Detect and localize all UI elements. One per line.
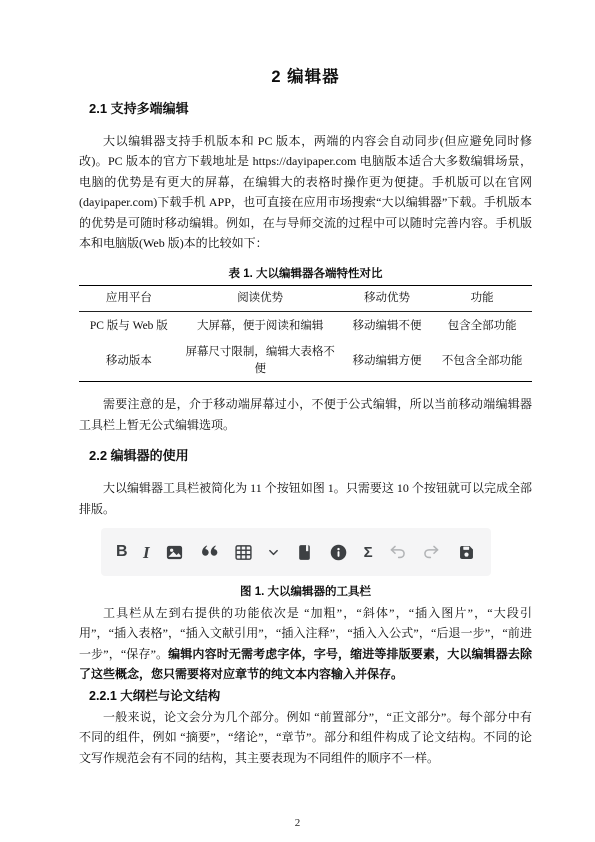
section-heading-2-2-1: 2.2.1 大纲栏与论文结构 (89, 687, 532, 705)
comparison-table: 应用平台 阅读优势 移动优势 功能 PC 版与 Web 版 大屏幕，便于阅读和编… (79, 285, 532, 382)
table-caption: 表 1. 大以编辑器各端特性对比 (79, 266, 532, 282)
citation-book-icon (295, 540, 314, 564)
table-row-mobile: 移动版本 屏幕尺寸限制，编辑大表格不便 移动编辑方便 不包含全部功能 (79, 341, 532, 382)
table-cell: 移动编辑不便 (342, 312, 433, 342)
toolbar-description-paragraph: 工具栏从左到右提供的功能依次是 “加粗”，“斜体”，“插入图片”，“大段引用”，… (79, 603, 532, 685)
save-icon (457, 540, 476, 564)
table-cell: 不包含全部功能 (432, 341, 532, 382)
sigma-icon: Σ (364, 540, 373, 564)
table-cell: 移动版本 (79, 341, 179, 382)
intro-paragraph-2-1: 大以编辑器支持手机版本和 PC 版本，两端的内容会自动同步(但应避免同时修改)。… (79, 131, 532, 253)
page-title: 2 编辑器 (79, 66, 532, 88)
table-cell: 包含全部功能 (432, 312, 532, 342)
figure-caption: 图 1. 大以编辑器的工具栏 (79, 584, 532, 600)
info-icon (329, 540, 348, 564)
table-icon (234, 540, 253, 564)
redo-icon (422, 540, 441, 564)
header-cell-features: 功能 (432, 286, 532, 312)
section-heading-2-2: 2.2 编辑器的使用 (89, 447, 532, 465)
header-cell-mobility: 移动优势 (342, 286, 433, 312)
blockquote-icon (199, 540, 218, 564)
note-paragraph: 需要注意的是，介于移动端屏幕过小，不便于公式编辑，所以当前移动端编辑器工具栏上暂… (79, 394, 532, 435)
document-page: { "page": { "number": "2" }, "title": "2… (0, 0, 595, 842)
section-heading-2-1: 2.1 支持多端编辑 (89, 100, 532, 118)
editor-toolbar-figure: B I Σ (101, 528, 491, 576)
chevron-down-icon (268, 540, 279, 564)
table-cell: 移动编辑方便 (342, 341, 433, 382)
table-cell: 大屏幕，便于阅读和编辑 (179, 312, 342, 342)
table-row-pc-web: PC 版与 Web 版 大屏幕，便于阅读和编辑 移动编辑不便 包含全部功能 (79, 312, 532, 342)
table-cell: PC 版与 Web 版 (79, 312, 179, 342)
image-icon (165, 540, 184, 564)
undo-icon (388, 540, 407, 564)
header-cell-reading: 阅读优势 (179, 286, 342, 312)
table-header-row: 应用平台 阅读优势 移动优势 功能 (79, 286, 532, 312)
bold-icon: B (116, 540, 128, 564)
intro-paragraph-2-2: 大以编辑器工具栏被简化为 11 个按钮如图 1。只需要这 10 个按钮就可以完成… (79, 478, 532, 519)
page-number: 2 (0, 816, 595, 830)
body-paragraph-2-2-1: 一般来说，论文会分为几个部分。例如 “前置部分”，“正文部分”。每个部分中有不同… (79, 707, 532, 768)
page-content: 2 编辑器 2.1 支持多端编辑 大以编辑器支持手机版本和 PC 版本，两端的内… (0, 0, 595, 768)
header-cell-platform: 应用平台 (79, 286, 179, 312)
table-cell: 屏幕尺寸限制，编辑大表格不便 (179, 341, 342, 382)
italic-icon: I (143, 540, 150, 564)
